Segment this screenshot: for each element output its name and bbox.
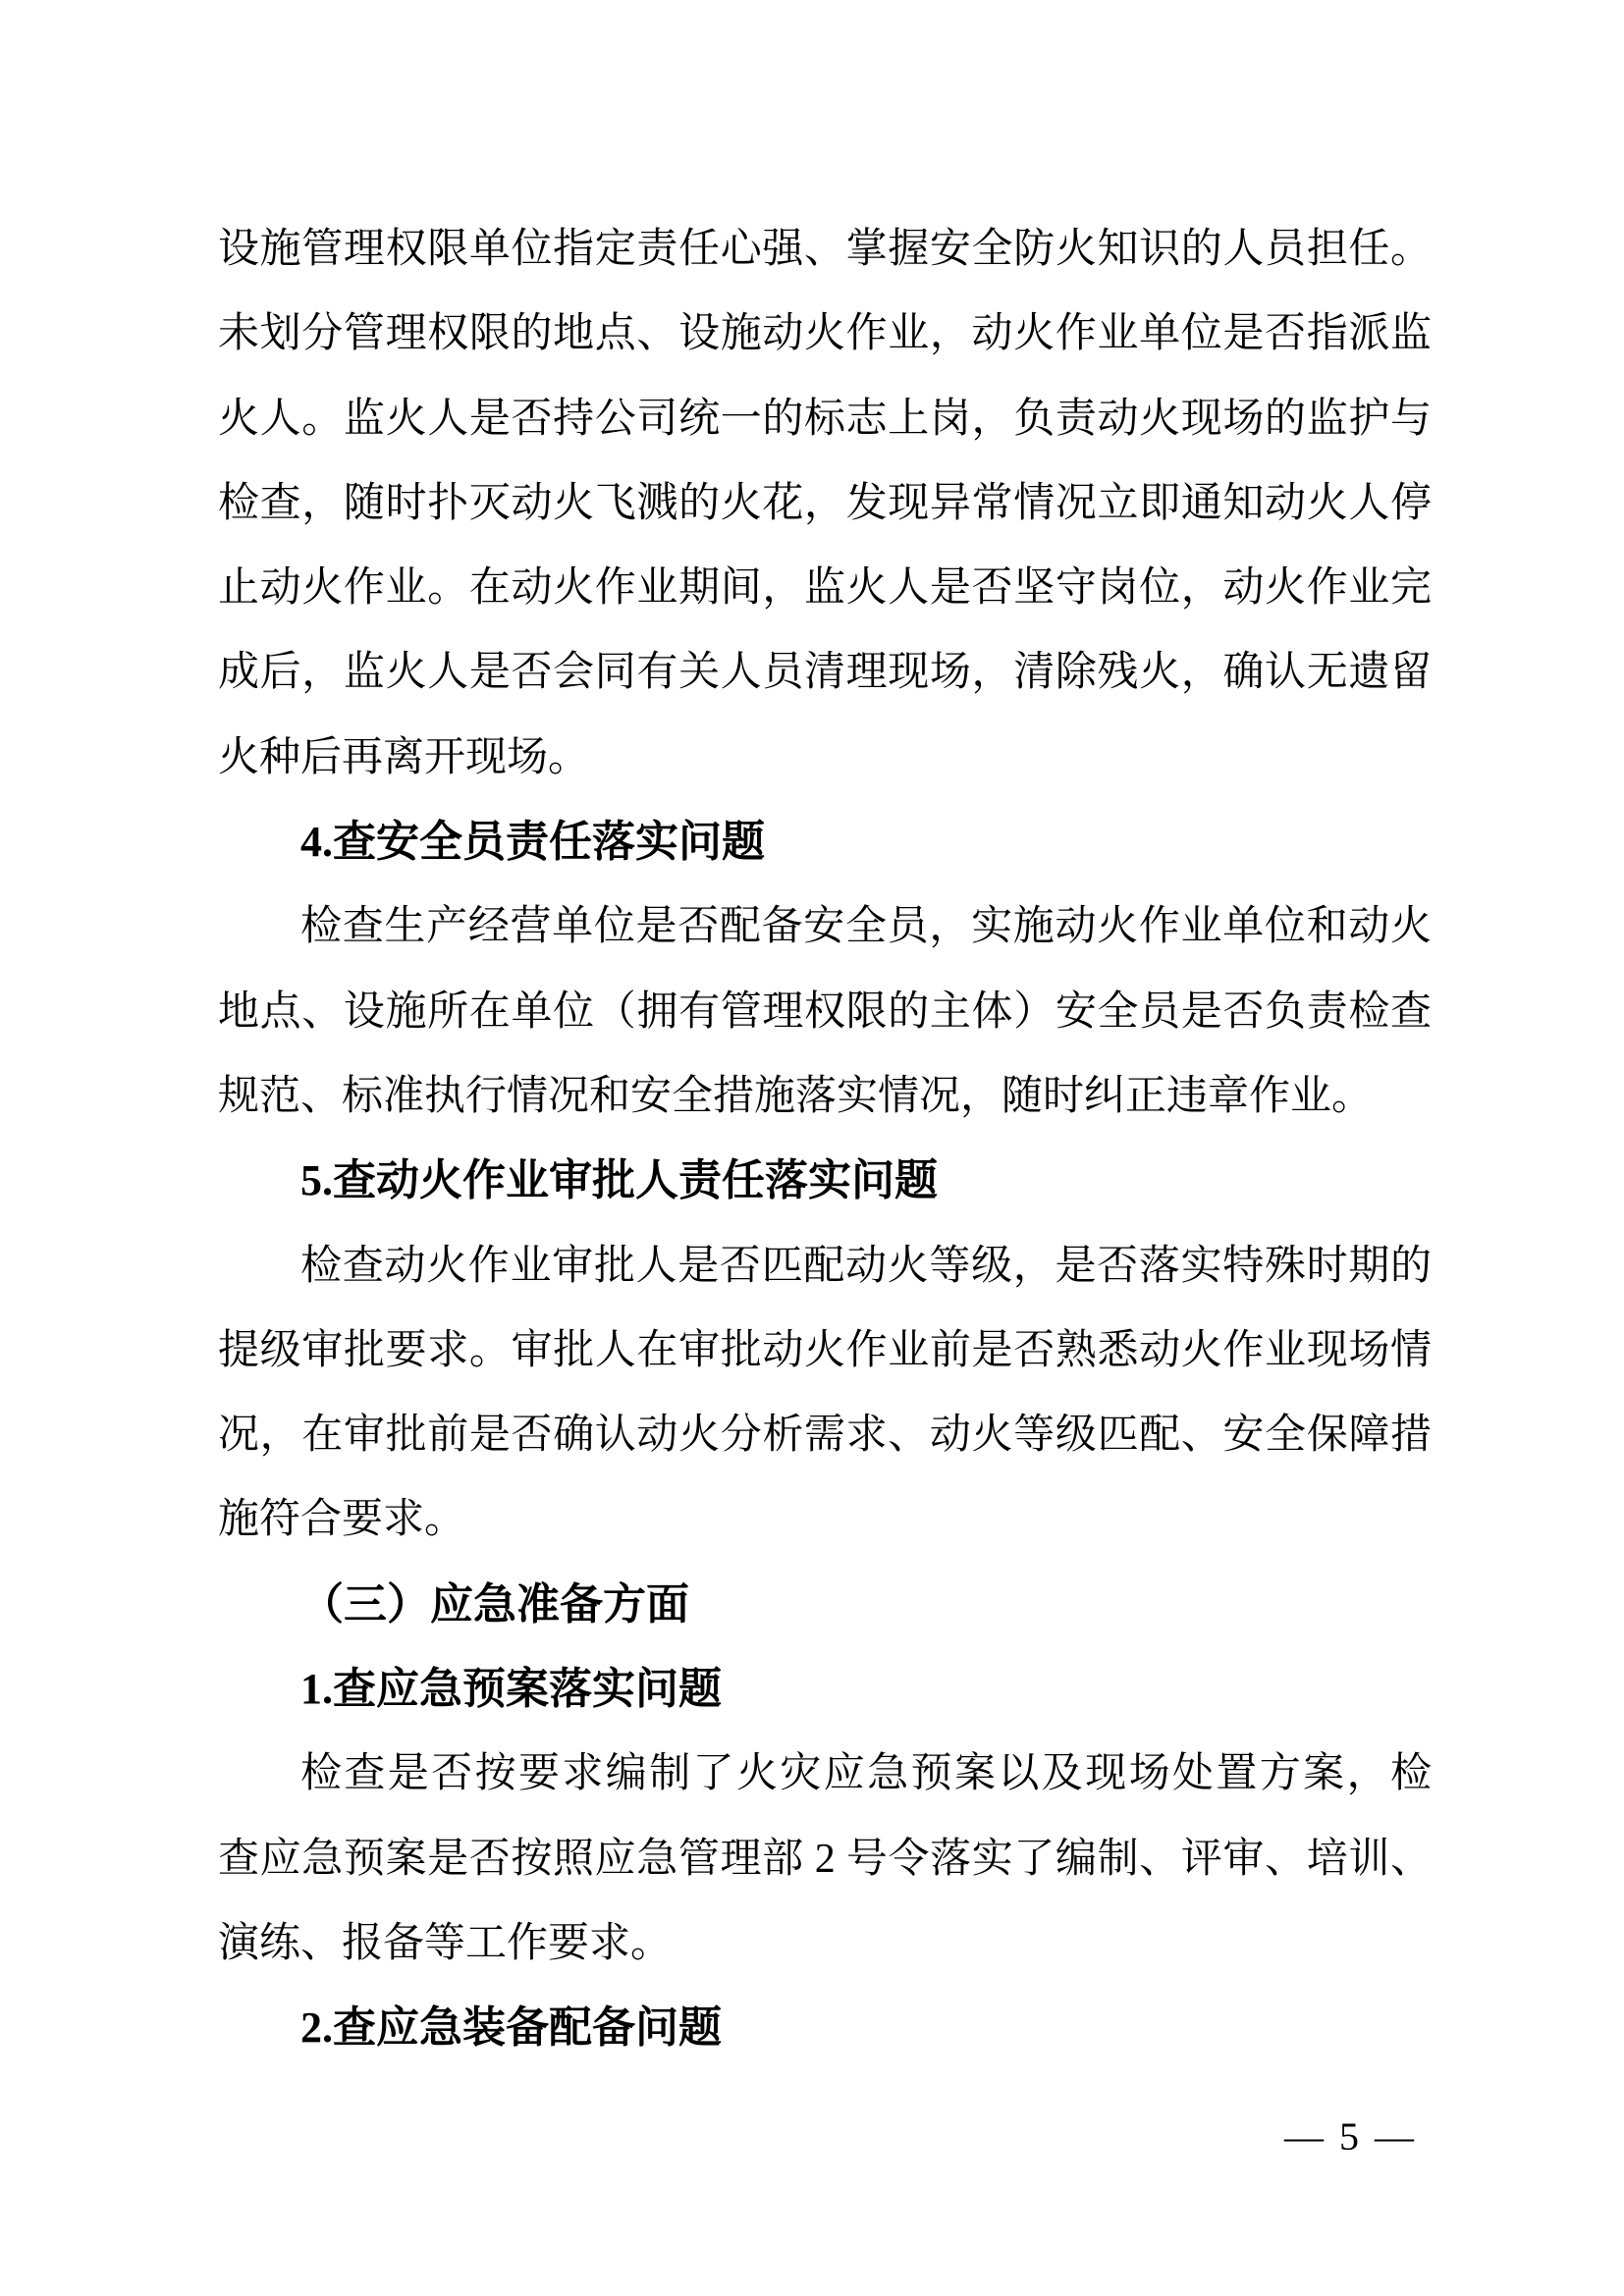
numbered-heading-1: 1.查应急预案落实问题 (218, 1647, 1432, 1732)
paragraph-line: 规范、标准执行情况和安全措施落实情况，随时纠正违章作业。 (218, 1054, 1432, 1139)
paragraph-line: 提级审批要求。审批人在审批动火作业前是否熟悉动火作业现场情 (218, 1308, 1432, 1393)
paragraph-line: 火种后再离开现场。 (218, 716, 1432, 800)
paragraph-line: 成后，监火人是否会同有关人员清理现场，清除残火，确认无遗留 (218, 630, 1432, 715)
section-heading-3: （三）应急准备方面 (218, 1563, 1432, 1647)
paragraph-line: 况，在审批前是否确认动火分析需求、动火等级匹配、安全保障措 (218, 1393, 1432, 1477)
paragraph-line: 检查生产经营单位是否配备安全员，实施动火作业单位和动火 (218, 884, 1432, 969)
paragraph-line: 设施管理权限单位指定责任心强、掌握安全防火知识的人员担任。 (218, 207, 1432, 292)
paragraph-line: 检查，随时扑灭动火飞溅的火花，发现异常情况立即通知动火人停 (218, 461, 1432, 546)
document-body: 设施管理权限单位指定责任心强、掌握安全防火知识的人员担任。 未划分管理权限的地点… (218, 207, 1432, 2071)
paragraph-line: 地点、设施所在单位（拥有管理权限的主体）安全员是否负责检查 (218, 970, 1432, 1054)
paragraph-line: 未划分管理权限的地点、设施动火作业，动火作业单位是否指派监 (218, 292, 1432, 376)
paragraph-line: 检查动火作业审批人是否匹配动火等级，是否落实特殊时期的 (218, 1224, 1432, 1308)
paragraph-line: 演练、报备等工作要求。 (218, 1901, 1432, 1986)
numbered-heading-5: 5.查动火作业审批人责任落实问题 (218, 1139, 1432, 1223)
paragraph-line: 查应急预案是否按照应急管理部 2 号令落实了编制、评审、培训、 (218, 1817, 1432, 1901)
paragraph-line: 火人。监火人是否持公司统一的标志上岗，负责动火现场的监护与 (218, 377, 1432, 461)
paragraph-line: 施符合要求。 (218, 1477, 1432, 1562)
numbered-heading-4: 4.查安全员责任落实问题 (218, 800, 1432, 884)
paragraph-line: 检查是否按要求编制了火灾应急预案以及现场处置方案，检 (218, 1732, 1432, 1816)
numbered-heading-2: 2.查应急装备配备问题 (218, 1986, 1432, 2070)
paragraph-line: 止动火作业。在动火作业期间，监火人是否坚守岗位，动火作业完 (218, 546, 1432, 630)
document-page: 设施管理权限单位指定责任心强、掌握安全防火知识的人员担任。 未划分管理权限的地点… (0, 0, 1624, 2296)
page-number: — 5 — (1284, 2108, 1414, 2166)
